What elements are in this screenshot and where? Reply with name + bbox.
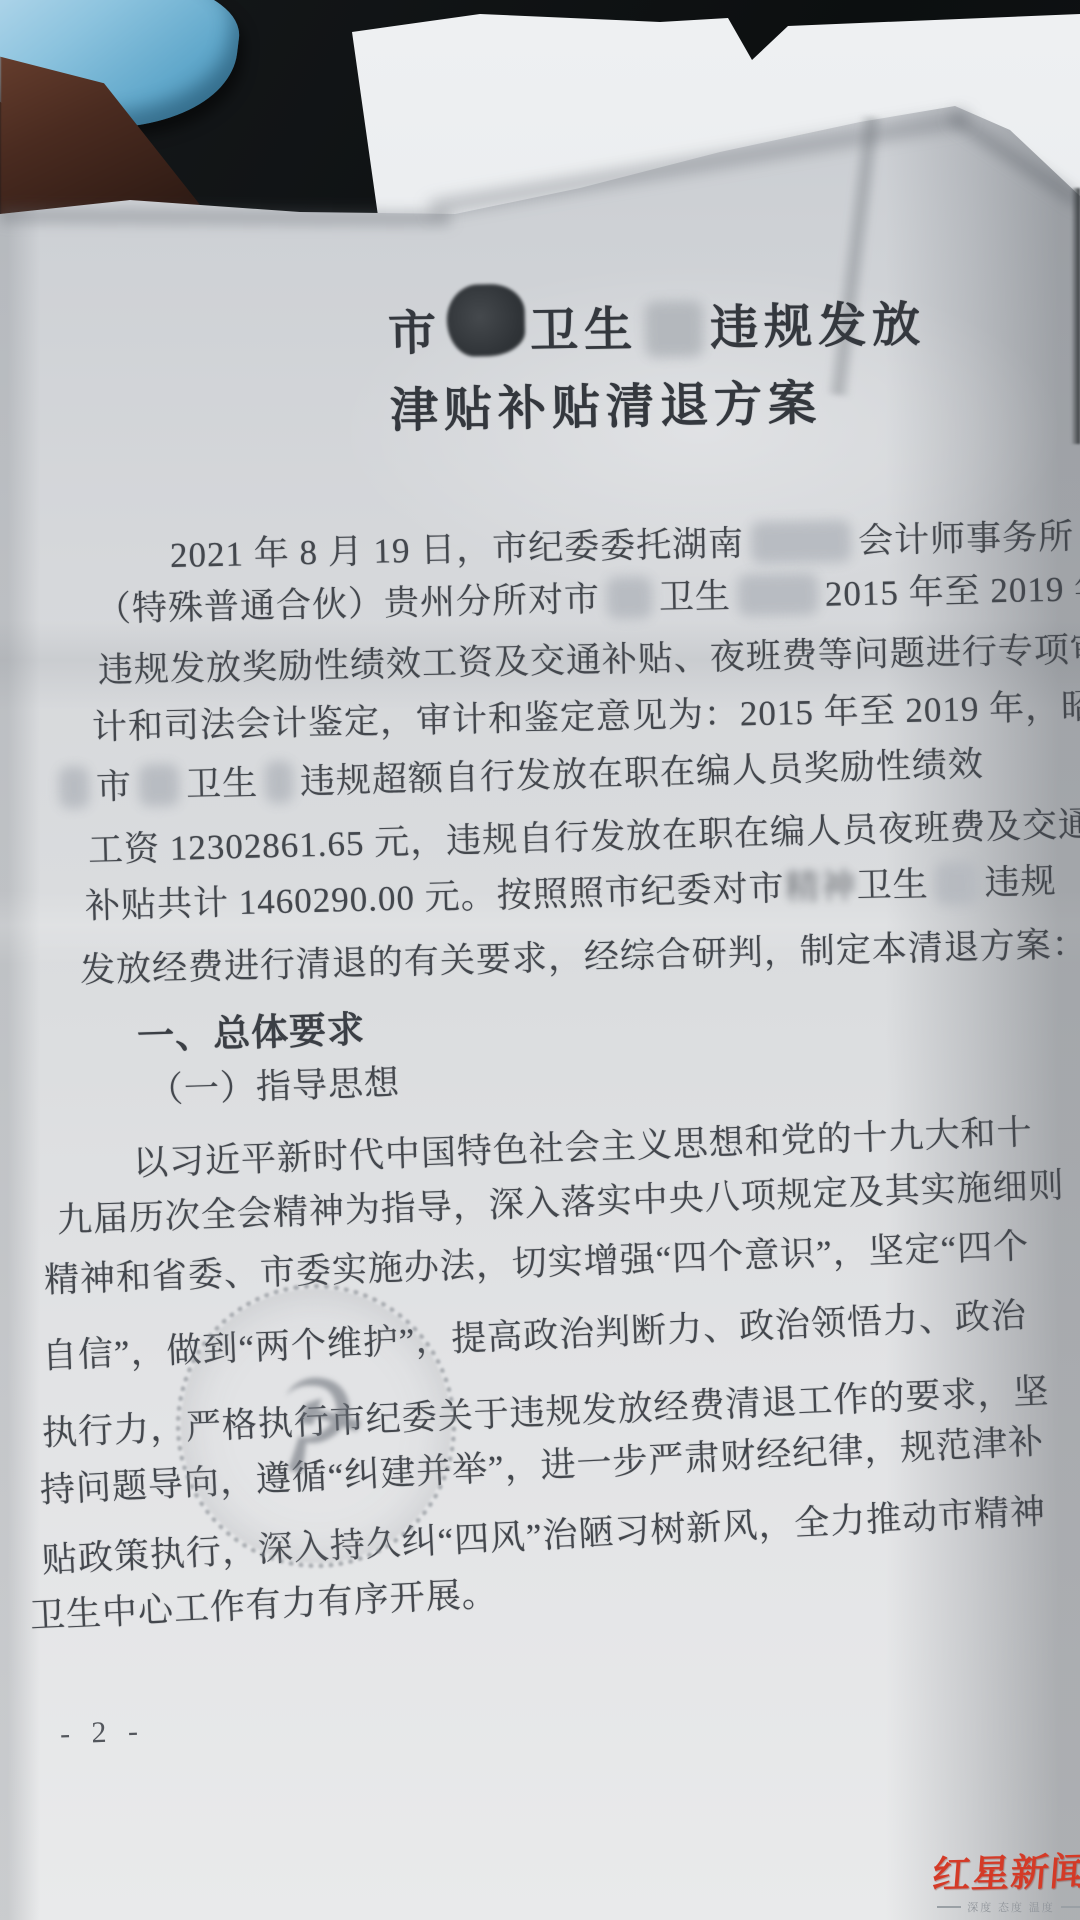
doc-title-line2: 津贴补贴清退方案 bbox=[389, 364, 822, 441]
logo-tagline: 深度 态度 温度 bbox=[933, 1899, 1080, 1915]
hammer-sickle-icon: ☭ bbox=[245, 1349, 387, 1498]
doc-text: 违规发放奖励性绩效工资及交通补贴、夜班费等问题进行专项审 bbox=[98, 630, 1080, 690]
doc-text: 卫生 bbox=[659, 577, 732, 617]
doc-text: 卫生 bbox=[186, 764, 259, 805]
sub-heading: （一）指导思想 bbox=[147, 1055, 400, 1113]
doc-line: 发放经费进行清退的有关要求，经综合研判，制定本清退方案： bbox=[79, 917, 1080, 993]
redaction-smudge bbox=[607, 576, 653, 619]
redaction-smudge bbox=[264, 761, 293, 804]
redaction-smudge bbox=[751, 520, 852, 564]
redstar-news-watermark: 红星新闻 深度 态度 温度 bbox=[933, 1842, 1080, 1915]
doc-text: 补贴共计 1460290.00 元。按照照市纪委对市 bbox=[85, 869, 786, 926]
doc-text: 卫生中心工作有力有序开展。 bbox=[29, 1574, 498, 1636]
redaction-smudge bbox=[138, 764, 179, 807]
redaction-smudge bbox=[935, 862, 978, 905]
heading-text: （一）指导思想 bbox=[147, 1063, 400, 1110]
doc-text: 卫生 bbox=[856, 865, 929, 906]
doc-text: （特殊普通合伙）贵州分所对市 bbox=[96, 579, 601, 629]
doc-text-blurred: 精神 bbox=[784, 867, 857, 908]
doc-text: 2021 年 8 月 19 日，市纪委委托湖南 bbox=[170, 524, 745, 575]
title-text: 津贴补贴清退方案 bbox=[390, 377, 823, 438]
doc-title-line1: 市卫生违规发放 bbox=[387, 283, 926, 364]
doc-text: 2015 年至 2019 年 bbox=[825, 569, 1080, 614]
doc-text: 会计师事务所 bbox=[858, 517, 1075, 561]
redaction-ink-blob bbox=[446, 284, 525, 357]
redaction-smudge bbox=[59, 766, 90, 809]
section-heading: 一、总体要求 bbox=[136, 999, 366, 1060]
redstar-news-logo: 红星新闻 bbox=[931, 1840, 1080, 1899]
title-text: 卫生 bbox=[530, 304, 639, 359]
title-text: 违规发放 bbox=[710, 299, 927, 356]
redaction-smudge bbox=[737, 573, 818, 617]
doc-text: 发放经费进行清退的有关要求，经综合研判，制定本清退方案： bbox=[80, 925, 1080, 990]
page-number: - 2 - bbox=[59, 1715, 145, 1752]
doc-text: 市 bbox=[96, 767, 133, 807]
title-text: 市 bbox=[388, 307, 443, 361]
redaction-smudge bbox=[645, 301, 704, 358]
photo-edge-shadow bbox=[1071, 188, 1080, 444]
document-content: 市卫生违规发放 津贴补贴清退方案 2021 年 8 月 19 日，市纪委委托湖南… bbox=[0, 0, 1080, 1920]
doc-text: 违规 bbox=[984, 862, 1057, 903]
doc-text: 违规超额自行发放在职在编人员奖励性绩效 bbox=[300, 745, 985, 802]
heading-text: 一、总体要求 bbox=[136, 1010, 365, 1058]
